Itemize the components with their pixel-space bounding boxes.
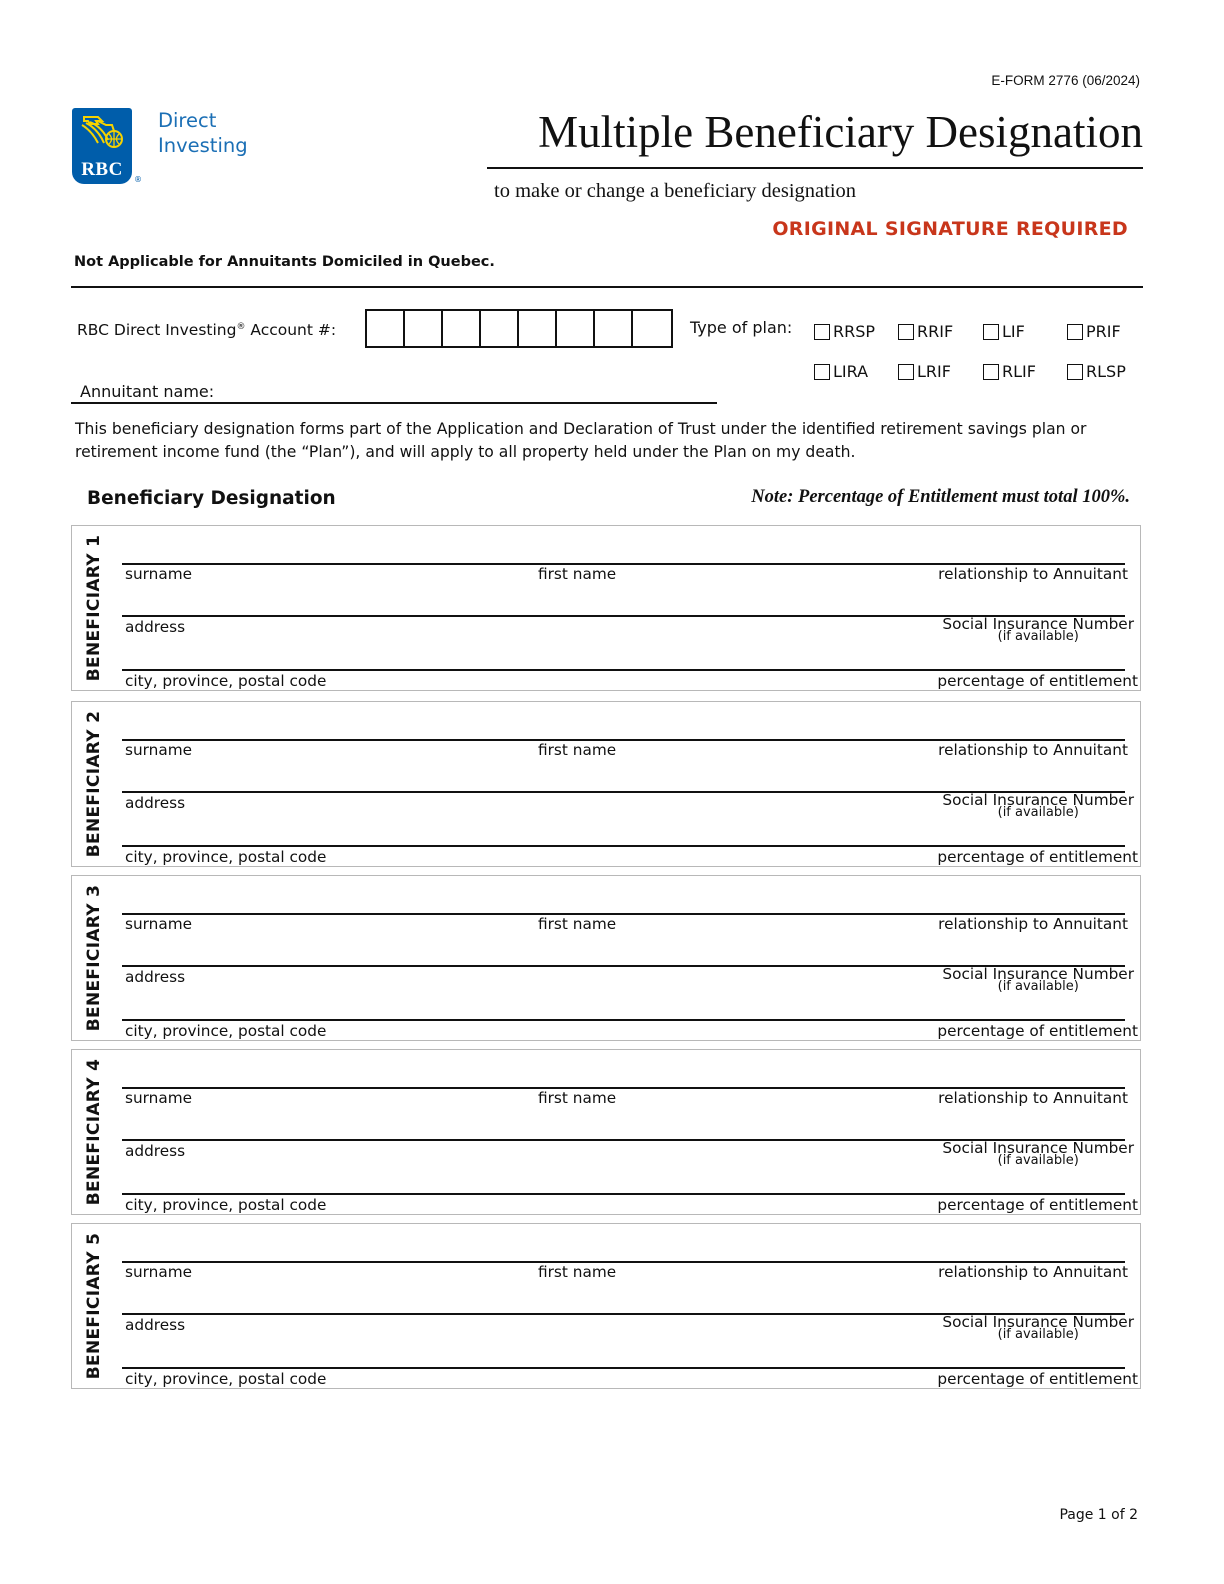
surname-label: surname bbox=[125, 1263, 192, 1281]
page-subtitle: to make or change a beneficiary designat… bbox=[494, 180, 856, 203]
beneficiary-side-label: BENEFICIARY 1 bbox=[72, 526, 116, 690]
city-label: city, province, postal code bbox=[125, 848, 326, 866]
beneficiary-block-5: BENEFICIARY 5 surname first name relatio… bbox=[71, 1223, 1141, 1389]
account-digit-box[interactable] bbox=[557, 311, 595, 346]
city-label: city, province, postal code bbox=[125, 672, 326, 690]
header-divider bbox=[71, 286, 1143, 288]
beneficiary-title: BENEFICIARY 4 bbox=[84, 1059, 104, 1205]
annuitant-name-label: Annuitant name: bbox=[80, 382, 214, 401]
beneficiary-side-label: BENEFICIARY 5 bbox=[72, 1224, 116, 1388]
beneficiary-side-label: BENEFICIARY 2 bbox=[72, 702, 116, 866]
address-label: address bbox=[125, 1316, 185, 1334]
relationship-label: relationship to Annuitant bbox=[938, 1089, 1128, 1107]
account-digit-box[interactable] bbox=[519, 311, 557, 346]
account-digit-box[interactable] bbox=[633, 311, 671, 346]
plan-option-label: PRIF bbox=[1086, 322, 1121, 341]
checkbox[interactable] bbox=[983, 364, 999, 380]
account-digit-box[interactable] bbox=[367, 311, 405, 346]
sin-label: Social Insurance Number(if available) bbox=[942, 968, 1134, 993]
city-row-line[interactable] bbox=[122, 1193, 1125, 1195]
account-number-field bbox=[365, 309, 673, 348]
beneficiary-title: BENEFICIARY 2 bbox=[84, 711, 104, 857]
city-row-line[interactable] bbox=[122, 1019, 1125, 1021]
brand-line-2: Investing bbox=[158, 133, 248, 158]
percentage-label: percentage of entitlement bbox=[937, 848, 1138, 866]
plan-option-label: RLIF bbox=[1002, 362, 1036, 381]
first-name-label: first name bbox=[538, 565, 616, 583]
city-label: city, province, postal code bbox=[125, 1370, 326, 1388]
plan-option-label: RRSP bbox=[833, 322, 875, 341]
plan-option-rrsp[interactable]: RRSP bbox=[814, 322, 875, 341]
beneficiary-block-3: BENEFICIARY 3 surname first name relatio… bbox=[71, 875, 1141, 1041]
city-label: city, province, postal code bbox=[125, 1022, 326, 1040]
account-label-suffix: Account #: bbox=[245, 321, 336, 339]
title-divider bbox=[487, 167, 1143, 169]
rbc-logo: RBC bbox=[72, 108, 132, 184]
signature-required-notice: ORIGINAL SIGNATURE REQUIRED bbox=[700, 218, 1128, 240]
beneficiary-block-4: BENEFICIARY 4 surname first name relatio… bbox=[71, 1049, 1141, 1215]
relationship-label: relationship to Annuitant bbox=[938, 915, 1128, 933]
beneficiary-title: BENEFICIARY 5 bbox=[84, 1233, 104, 1379]
plan-option-rlsp[interactable]: RLSP bbox=[1067, 362, 1126, 381]
rbc-wordmark: RBC bbox=[72, 159, 132, 181]
section-heading: Beneficiary Designation bbox=[87, 488, 336, 509]
surname-label: surname bbox=[125, 915, 192, 933]
relationship-label: relationship to Annuitant bbox=[938, 1263, 1128, 1281]
quebec-notice: Not Applicable for Annuitants Domiciled … bbox=[74, 254, 495, 270]
city-row-line[interactable] bbox=[122, 669, 1125, 671]
page-title: Multiple Beneficiary Designation bbox=[488, 106, 1143, 158]
checkbox[interactable] bbox=[814, 364, 830, 380]
percentage-label: percentage of entitlement bbox=[937, 672, 1138, 690]
checkbox[interactable] bbox=[814, 324, 830, 340]
brand-line-1: Direct bbox=[158, 108, 248, 133]
annuitant-name-field[interactable] bbox=[71, 402, 717, 404]
checkbox[interactable] bbox=[983, 324, 999, 340]
plan-option-rrif[interactable]: RRIF bbox=[898, 322, 953, 341]
plan-option-rlif[interactable]: RLIF bbox=[983, 362, 1036, 381]
checkbox[interactable] bbox=[898, 364, 914, 380]
plan-option-lif[interactable]: LIF bbox=[983, 322, 1025, 341]
surname-label: surname bbox=[125, 1089, 192, 1107]
address-label: address bbox=[125, 618, 185, 636]
first-name-label: first name bbox=[538, 1089, 616, 1107]
first-name-label: first name bbox=[538, 741, 616, 759]
beneficiary-title: BENEFICIARY 3 bbox=[84, 885, 104, 1031]
sin-label: Social Insurance Number(if available) bbox=[942, 618, 1134, 643]
beneficiary-side-label: BENEFICIARY 4 bbox=[72, 1050, 116, 1214]
beneficiary-block-2: BENEFICIARY 2 surname first name relatio… bbox=[71, 701, 1141, 867]
address-label: address bbox=[125, 1142, 185, 1160]
first-name-label: first name bbox=[538, 915, 616, 933]
rbc-lion-shield-icon bbox=[78, 113, 126, 153]
percentage-note: Note: Percentage of Entitlement must tot… bbox=[700, 487, 1130, 508]
relationship-label: relationship to Annuitant bbox=[938, 565, 1128, 583]
plan-type-label: Type of plan: bbox=[690, 318, 792, 337]
brand-name: Direct Investing bbox=[158, 108, 248, 158]
account-digit-box[interactable] bbox=[595, 311, 633, 346]
plan-option-label: RLSP bbox=[1086, 362, 1126, 381]
sin-label: Social Insurance Number(if available) bbox=[942, 1142, 1134, 1167]
beneficiary-title: BENEFICIARY 1 bbox=[84, 535, 104, 681]
plan-option-lira[interactable]: LIRA bbox=[814, 362, 868, 381]
address-label: address bbox=[125, 968, 185, 986]
surname-label: surname bbox=[125, 741, 192, 759]
plan-option-label: LRIF bbox=[917, 362, 951, 381]
plan-option-prif[interactable]: PRIF bbox=[1067, 322, 1121, 341]
form-code: E-FORM 2776 (06/2024) bbox=[900, 73, 1140, 88]
percentage-label: percentage of entitlement bbox=[937, 1022, 1138, 1040]
plan-option-label: LIF bbox=[1002, 322, 1025, 341]
account-number-label: RBC Direct Investing® Account #: bbox=[77, 321, 336, 339]
registered-mark: ® bbox=[134, 175, 142, 184]
checkbox[interactable] bbox=[1067, 324, 1083, 340]
account-digit-box[interactable] bbox=[481, 311, 519, 346]
page-number: Page 1 of 2 bbox=[1000, 1507, 1138, 1523]
surname-label: surname bbox=[125, 565, 192, 583]
checkbox[interactable] bbox=[898, 324, 914, 340]
plan-option-lrif[interactable]: LRIF bbox=[898, 362, 951, 381]
first-name-label: first name bbox=[538, 1263, 616, 1281]
sin-label: Social Insurance Number(if available) bbox=[942, 1316, 1134, 1341]
beneficiary-side-label: BENEFICIARY 3 bbox=[72, 876, 116, 1040]
relationship-label: relationship to Annuitant bbox=[938, 741, 1128, 759]
percentage-label: percentage of entitlement bbox=[937, 1370, 1138, 1388]
city-label: city, province, postal code bbox=[125, 1196, 326, 1214]
city-row-line[interactable] bbox=[122, 845, 1125, 847]
account-digit-box[interactable] bbox=[405, 311, 443, 346]
address-label: address bbox=[125, 794, 185, 812]
intro-paragraph: This beneficiary designation forms part … bbox=[75, 418, 1150, 464]
checkbox[interactable] bbox=[1067, 364, 1083, 380]
sin-label: Social Insurance Number(if available) bbox=[942, 794, 1134, 819]
account-digit-box[interactable] bbox=[443, 311, 481, 346]
account-label-prefix: RBC Direct Investing bbox=[77, 321, 236, 339]
city-row-line[interactable] bbox=[122, 1367, 1125, 1369]
plan-option-label: RRIF bbox=[917, 322, 953, 341]
percentage-label: percentage of entitlement bbox=[937, 1196, 1138, 1214]
beneficiary-block-1: BENEFICIARY 1 surname first name relatio… bbox=[71, 525, 1141, 691]
plan-option-label: LIRA bbox=[833, 362, 868, 381]
